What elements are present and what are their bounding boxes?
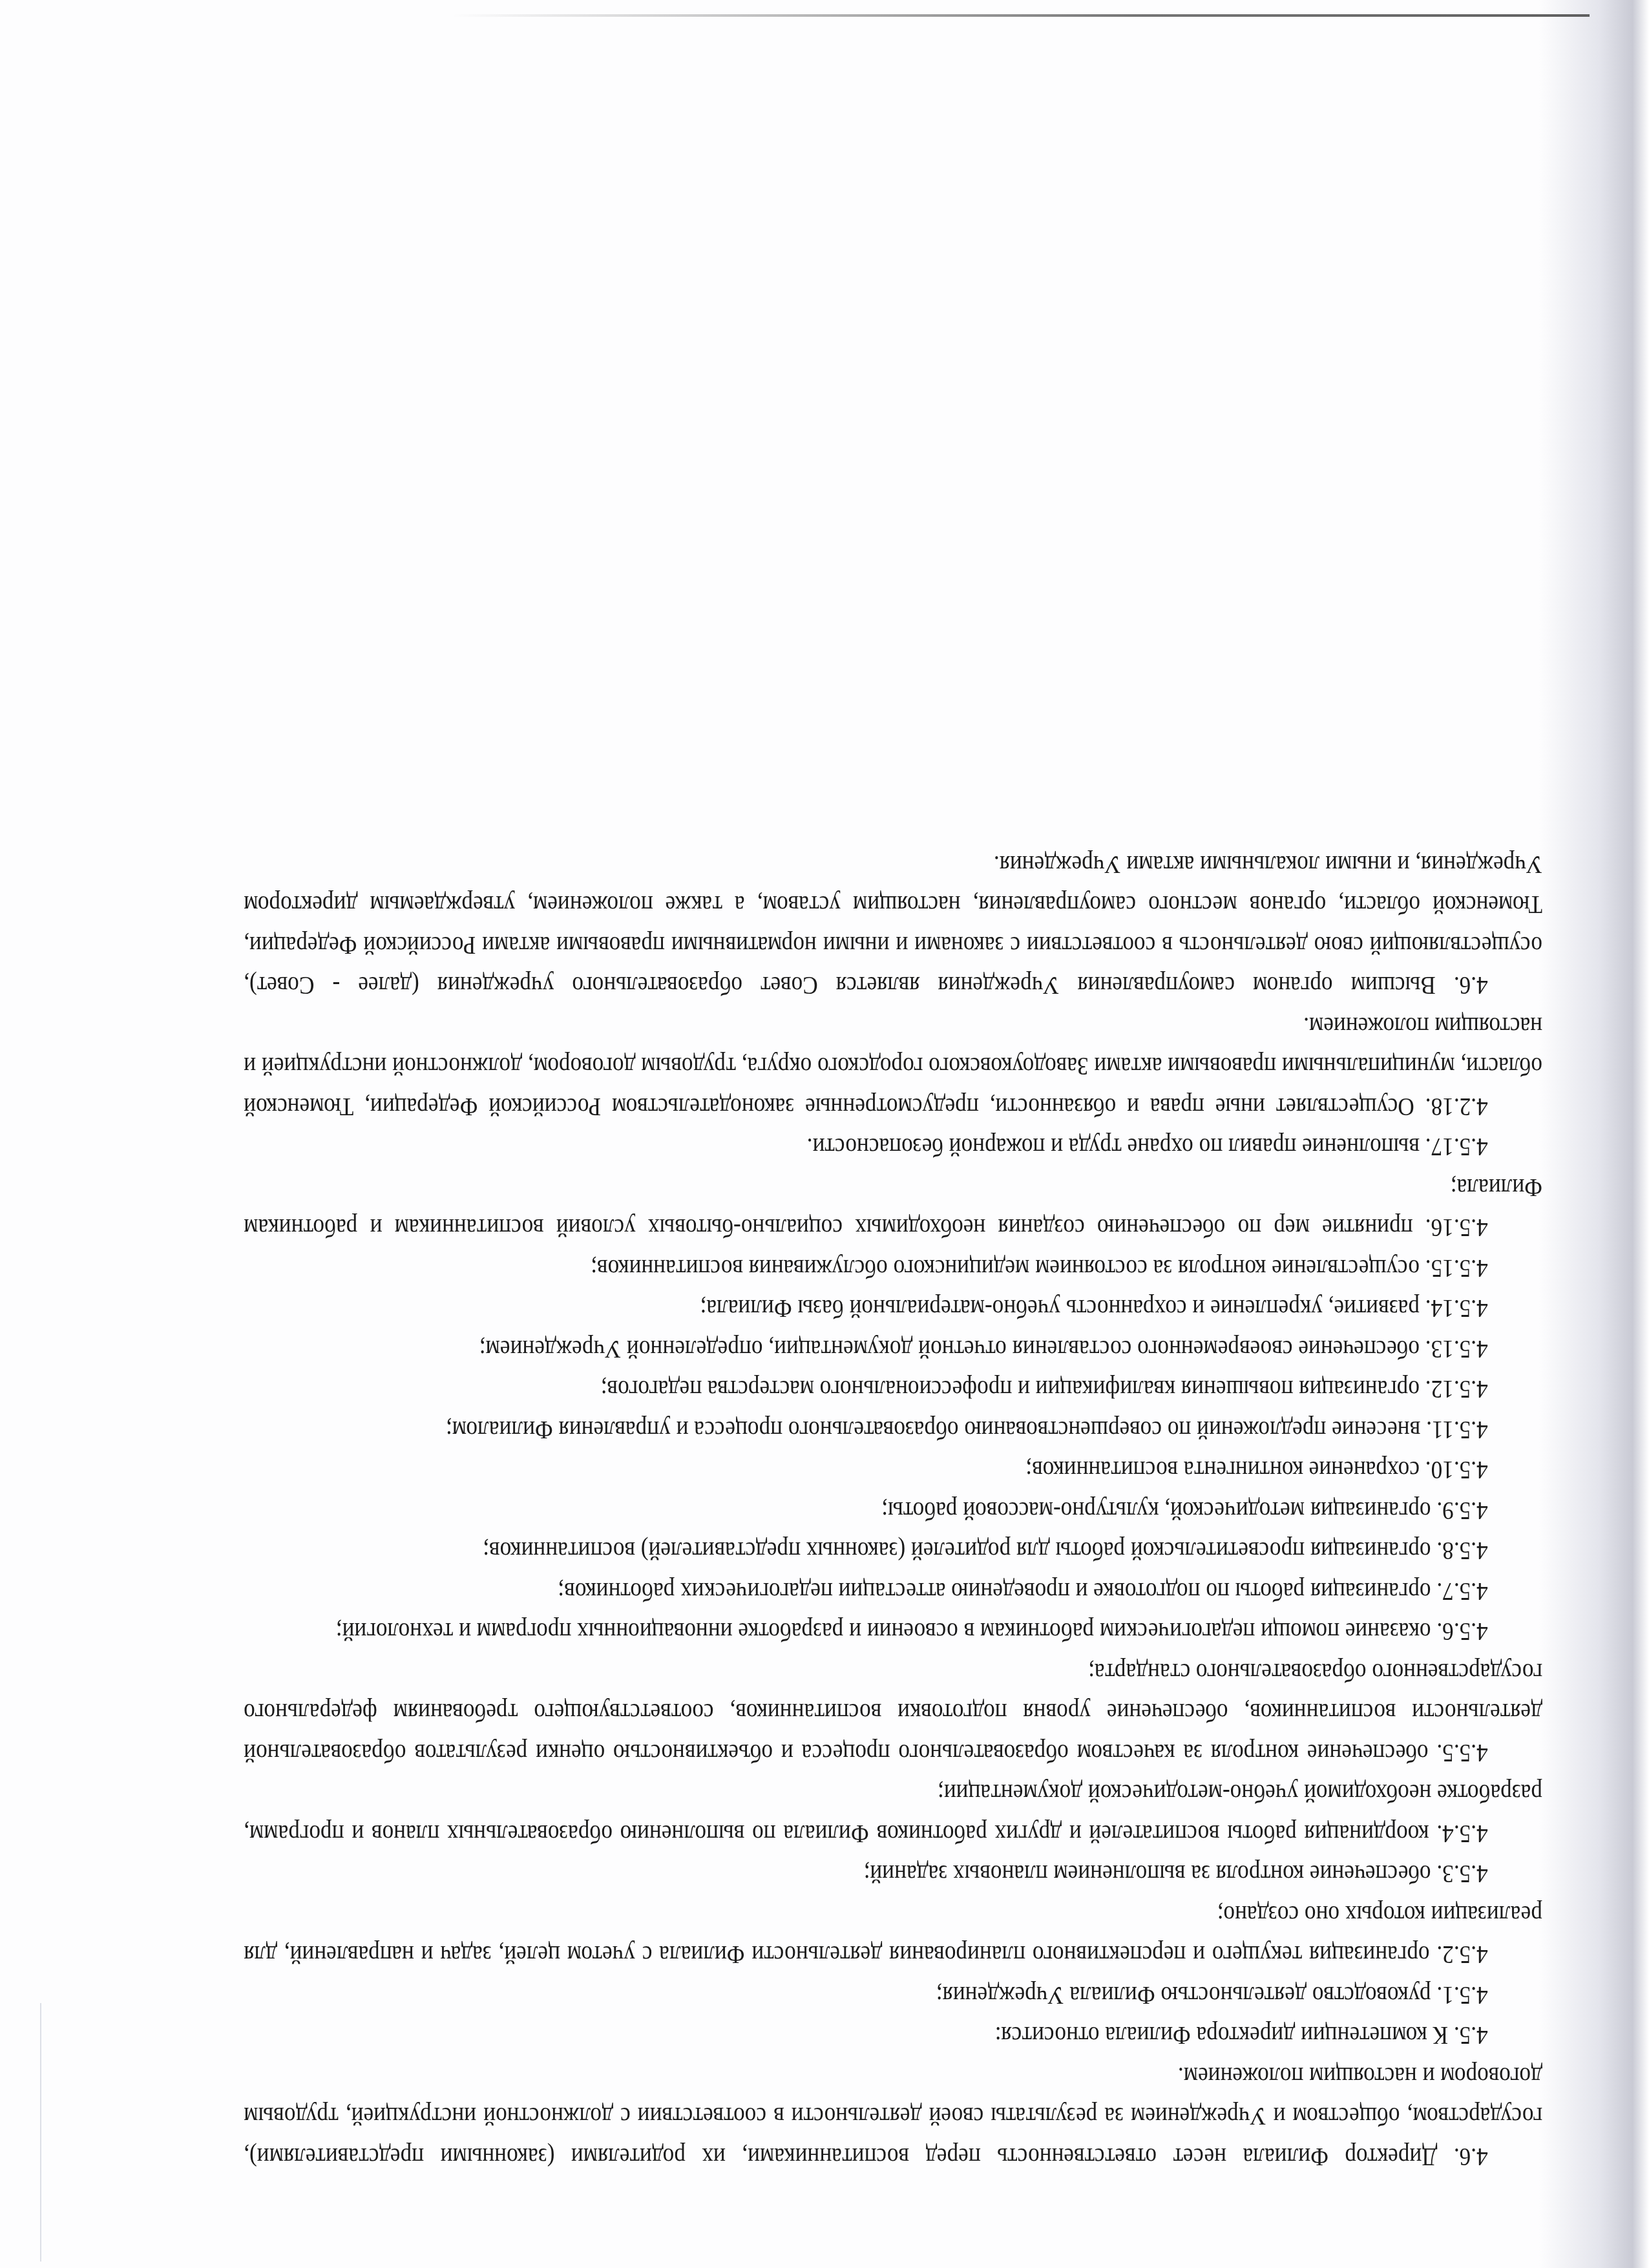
paragraph-4-5-3: 4.5.3. обеспечение контроля за выполнени… [244,1854,1542,1895]
paragraph-4-5-15: 4.5.15. осуществление контроля за состоя… [244,1249,1542,1290]
scan-edge-shadow [1539,0,1649,2268]
paragraph-4-5-6: 4.5.6. оказание помощи педагогическим ра… [244,1612,1542,1653]
paragraph-4-5-4: 4.5.4. координация работы воспитателей и… [244,1774,1542,1854]
paragraph-4-5-10: 4.5.10. сохранение контингента воспитанн… [244,1451,1542,1491]
paragraph-4-5-competence-heading: 4.5. К компетенции директора Филиала отн… [244,2016,1542,2057]
paragraph-4-5-14: 4.5.14. развитие, укрепление и сохраннос… [244,1289,1542,1330]
paragraph-4-5-16: 4.5.16. принятие мер по обеспечению созд… [244,1168,1542,1249]
paragraph-4-5-7: 4.5.7. организация работы по подготовке … [244,1572,1542,1613]
document-body: 4.6. Директор Филиала несет ответственно… [244,845,1542,2178]
paragraph-4-5-9: 4.5.9. организация методической, культур… [244,1491,1542,1532]
paragraph-4-5-11: 4.5.11. внесение предложений по совершен… [244,1411,1542,1451]
paragraph-4-6-director-responsibility: 4.6. Директор Филиала несет ответственно… [244,2057,1542,2178]
document-page-rotated: 4.6. Директор Филиала несет ответственно… [0,0,1649,2268]
scanned-page: 4.6. Директор Филиала несет ответственно… [0,0,1649,2268]
paragraph-4-2-18: 4.2.18. Осуществляет иные права и обязан… [244,1007,1542,1128]
scan-top-edge-line [452,14,1590,17]
paragraph-4-5-17: 4.5.17. выполнение правил по охране труд… [244,1128,1542,1168]
paragraph-4-5-13: 4.5.13. обеспечение своевременного соста… [244,1330,1542,1370]
paragraph-4-5-12: 4.5.12. организация повышения квалификац… [244,1370,1542,1411]
paragraph-4-5-1: 4.5.1. руководство деятельностью Филиала… [244,1976,1542,2017]
paragraph-4-6-council: 4.6. Высшим органом самоуправления Учреж… [244,845,1542,1007]
scan-left-edge-line [40,2003,41,2262]
paragraph-4-5-8: 4.5.8. организация просветительской рабо… [244,1531,1542,1572]
paragraph-4-5-5: 4.5.5. обеспечение контроля за качеством… [244,1653,1542,1774]
paragraph-4-5-2: 4.5.2. организация текущего и перспектив… [244,1895,1542,1976]
